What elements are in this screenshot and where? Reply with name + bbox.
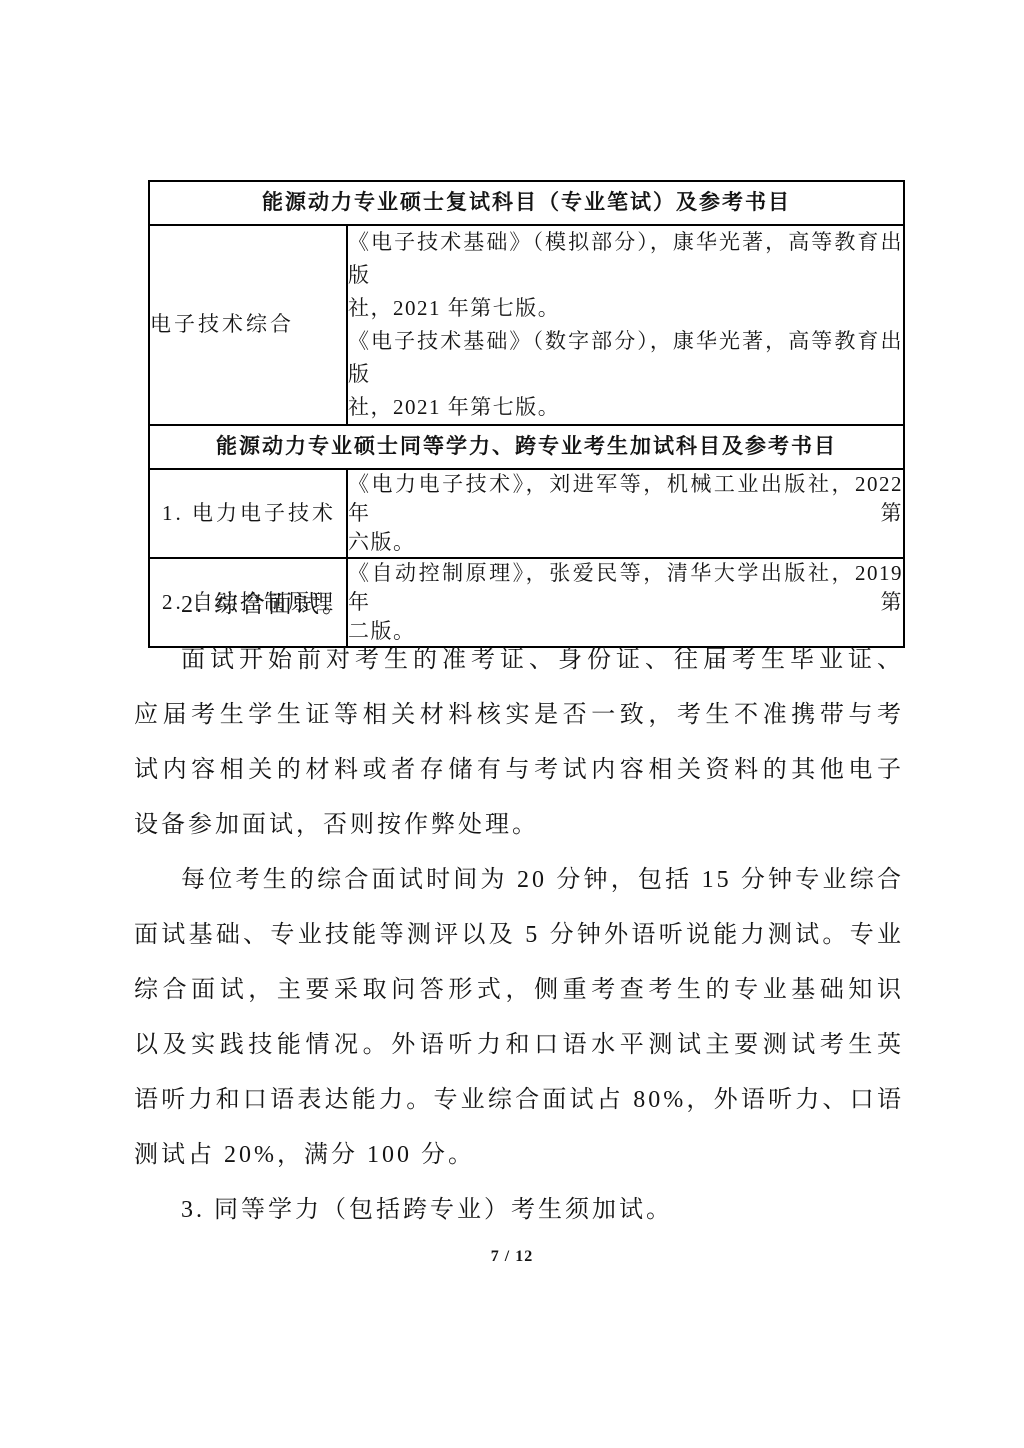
table-section2-title: 能源动力专业硕士同等学力、跨专业考生加试科目及参考书目	[149, 425, 904, 469]
table-row: 电子技术综合 《电子技术基础》（模拟部分），康华光著，高等教育出版 社，2021…	[149, 225, 904, 425]
paragraph-line: 面试基础、专业技能等测评以及 5 分钟外语听说能力测试。专业	[134, 908, 904, 963]
books-cell: 《电子技术基础》（模拟部分），康华光著，高等教育出版 社，2021 年第七版。 …	[347, 225, 904, 425]
book-line: 《电子技术基础》（模拟部分），康华光著，高等教育出版	[348, 226, 903, 292]
table-row: 能源动力专业硕士复试科目（专业笔试）及参考书目	[149, 181, 904, 225]
paragraph-line: 应届考生学生证等相关材料核实是否一致，考生不准携带与考	[134, 688, 904, 743]
book-line: 《电力电子技术》，刘进军等，机械工业出版社，2022 年第	[348, 470, 903, 528]
table-row: 1. 电力电子技术 《电力电子技术》，刘进军等，机械工业出版社，2022 年第 …	[149, 469, 904, 558]
paragraph-line: 面试开始前对考生的准考证、身份证、往届考生毕业证、	[134, 633, 904, 688]
document-page: 能源动力专业硕士复试科目（专业笔试）及参考书目 电子技术综合 《电子技术基础》（…	[0, 0, 1024, 1448]
paragraph-line: 测试占 20%，满分 100 分。	[134, 1128, 904, 1183]
page-number: 7 / 12	[0, 1248, 1024, 1266]
paragraph-line: 每位考生的综合面试时间为 20 分钟，包括 15 分钟专业综合	[134, 853, 904, 908]
books-cell: 《电力电子技术》，刘进军等，机械工业出版社，2022 年第 六版。	[347, 469, 904, 558]
subject-cell-electronics: 电子技术综合	[149, 225, 347, 425]
book-line: 社，2021 年第七版。	[348, 292, 903, 325]
paragraph-line: 语听力和口语表达能力。专业综合面试占 80%，外语听力、口语	[134, 1073, 904, 1128]
book-line: 《电子技术基础》（数字部分），康华光著，高等教育出版	[348, 325, 903, 391]
subject-cell-power-electronics: 1. 电力电子技术	[149, 469, 347, 558]
paragraph-line: 综合面试，主要采取问答形式，侧重考查考生的专业基础知识	[134, 963, 904, 1018]
table-section1-title: 能源动力专业硕士复试科目（专业笔试）及参考书目	[149, 181, 904, 225]
table-row: 能源动力专业硕士同等学力、跨专业考生加试科目及参考书目	[149, 425, 904, 469]
paragraph-line: 试内容相关的材料或者存储有与考试内容相关资料的其他电子	[134, 743, 904, 798]
paragraph-line: 以及实践技能情况。外语听力和口语水平测试主要测试考生英	[134, 1018, 904, 1073]
book-line: 社，2021 年第七版。	[348, 391, 903, 424]
paragraph-line: 3. 同等学力（包括跨专业）考生须加试。	[134, 1183, 904, 1238]
paragraph-line: 设备参加面试，否则按作弊处理。	[134, 798, 904, 853]
body-text: 2. 综合面试。 面试开始前对考生的准考证、身份证、往届考生毕业证、 应届考生学…	[134, 578, 904, 1238]
book-line: 六版。	[348, 528, 903, 557]
paragraph-line: 2. 综合面试。	[134, 578, 904, 633]
